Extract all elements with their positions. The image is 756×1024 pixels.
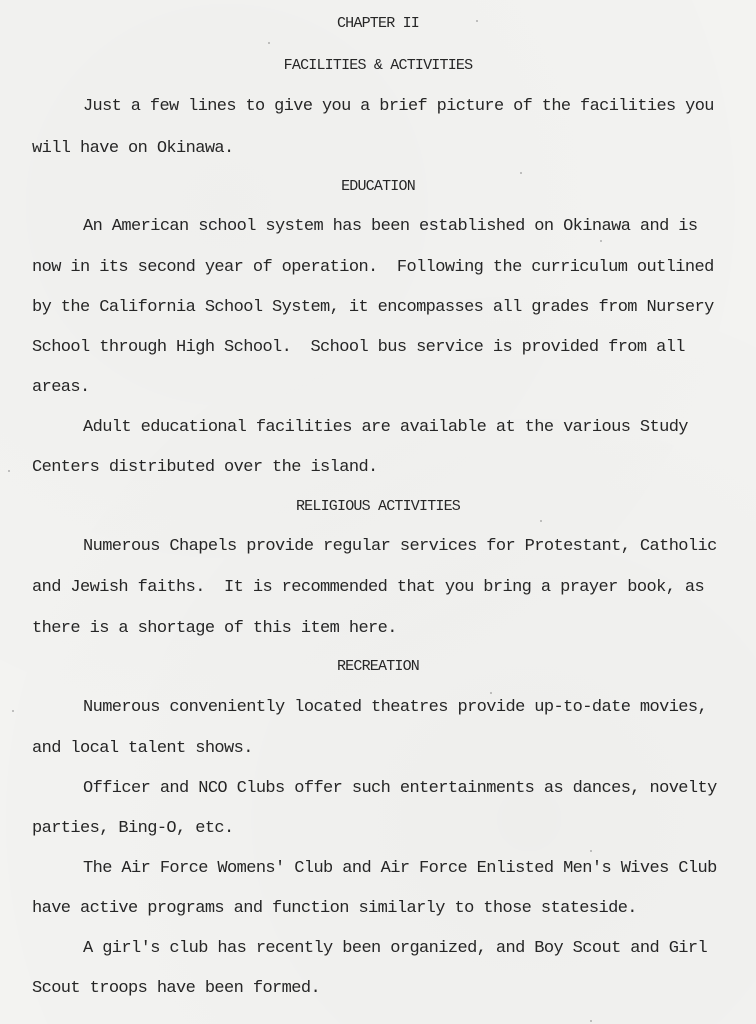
intro-line-1: Just a few lines to give you a brief pic…: [83, 97, 740, 117]
recreation-p3-line-1: The Air Force Womens' Club and Air Force…: [83, 859, 717, 879]
education-p1-line-5: areas.: [32, 378, 90, 398]
paper-speck: [8, 470, 10, 472]
paper-speck: [600, 240, 602, 242]
recreation-p1-line-1: Numerous conveniently located theatres p…: [83, 698, 707, 718]
section-heading-recreation: RECREATION: [0, 657, 756, 677]
paper-speck: [540, 520, 542, 522]
paper-speck: [268, 42, 270, 44]
religious-p1-line-2: and Jewish faiths. It is recommended tha…: [32, 578, 704, 598]
education-p2-line-1: Adult educational facilities are availab…: [83, 418, 688, 438]
section-heading-education: EDUCATION: [0, 177, 756, 197]
paper-speck: [590, 1020, 592, 1022]
education-p1-line-3: by the California School System, it enco…: [32, 298, 714, 318]
education-p2-line-2: Centers distributed over the island.: [32, 458, 378, 478]
paper-speck: [476, 20, 478, 22]
education-p1-line-1: An American school system has been estab…: [83, 217, 698, 237]
chapter-label: CHAPTER II: [0, 14, 756, 34]
section-heading-religious-activities: RELIGIOUS ACTIVITIES: [0, 497, 756, 517]
recreation-p4-line-2: Scout troops have been formed.: [32, 979, 320, 999]
religious-p1-line-1: Numerous Chapels provide regular service…: [83, 537, 717, 557]
paper-speck: [490, 692, 492, 694]
intro-line-2: will have on Okinawa.: [32, 139, 234, 159]
paper-speck: [520, 172, 522, 174]
recreation-p3-line-2: have active programs and function simila…: [32, 899, 637, 919]
chapter-title: FACILITIES & ACTIVITIES: [0, 56, 756, 76]
recreation-p2-line-1: Officer and NCO Clubs offer such enterta…: [83, 779, 717, 799]
recreation-p4-line-1: A girl's club has recently been organize…: [83, 939, 707, 959]
education-p1-line-4: School through High School. School bus s…: [32, 338, 685, 358]
typewritten-page: CHAPTER II FACILITIES & ACTIVITIES Just …: [0, 0, 756, 1024]
recreation-p2-line-2: parties, Bing-O, etc.: [32, 819, 234, 839]
religious-p1-line-3: there is a shortage of this item here.: [32, 619, 397, 639]
paper-speck: [590, 850, 592, 852]
paper-speck: [12, 710, 14, 712]
recreation-p1-line-2: and local talent shows.: [32, 739, 253, 759]
education-p1-line-2: now in its second year of operation. Fol…: [32, 258, 714, 278]
